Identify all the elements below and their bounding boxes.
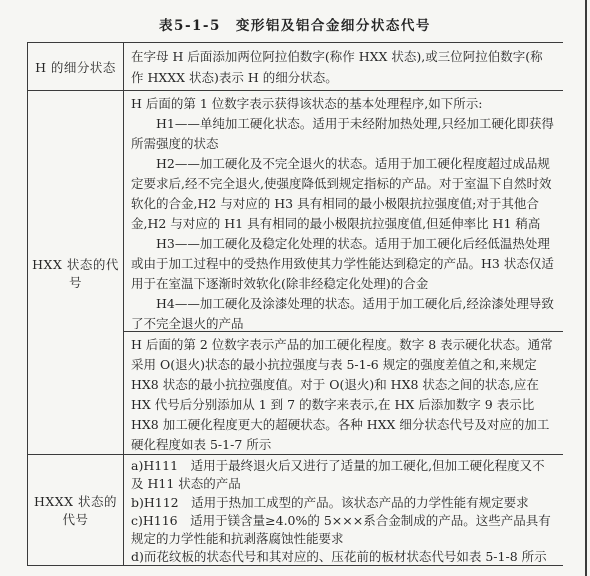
row-header-h: H 的细分状态	[28, 43, 124, 90]
paragraph-item-d: d)而花纹板的状态代号和其对应的、压花前的板材状态代号如表 5-1-8 所示	[131, 548, 555, 565]
row-content-hxx: H 后面的第 1 位数字表示获得该状态的基本处理程序,如下所示: H1——单纯加…	[124, 91, 563, 454]
table-row-hxx: HXX 状态的代号 H 后面的第 1 位数字表示获得该状态的基本处理程序,如下所…	[28, 90, 563, 454]
paragraph-h4: H4——加工硬化及涂漆处理的状态。适用于加工硬化后,经涂漆处理导致了不完全退火的…	[131, 294, 555, 331]
paragraph-intro: H 后面的第 1 位数字表示获得该状态的基本处理程序,如下所示:	[131, 94, 555, 114]
page-edge-rule	[585, 0, 587, 576]
row-content-hxxx: a)H111 适用于最终退火后又进行了适量的加工硬化,但加工硬化程度又不及 H1…	[124, 455, 563, 565]
paragraph-second-digit: H 后面的第 2 位数字表示产品的加工硬化程度。数字 8 表示硬化状态。通常采用…	[131, 335, 555, 454]
document-page: 表5-1-5 变形铝及铝合金细分状态代号 H 的细分状态 在字母 H 后面添加两…	[0, 0, 590, 576]
table-row-hxxx: HXXX 状态的代号 a)H111 适用于最终退火后又进行了适量的加工硬化,但加…	[28, 454, 563, 565]
row-content-h: 在字母 H 后面添加两位阿拉伯数字(称作 HXX 状态),或三位阿拉伯数字(称作…	[124, 43, 563, 90]
hxx-first-digit-cell: H 后面的第 1 位数字表示获得该状态的基本处理程序,如下所示: H1——单纯加…	[124, 91, 563, 331]
paragraph-item-b: b)H112 适用于热加工成型的产品。该状态产品的力学性能有规定要求	[131, 494, 555, 512]
table-row-h: H 的细分状态 在字母 H 后面添加两位阿拉伯数字(称作 HXX 状态),或三位…	[28, 43, 563, 90]
hxx-second-digit-cell: H 后面的第 2 位数字表示产品的加工硬化程度。数字 8 表示硬化状态。通常采用…	[124, 331, 563, 454]
table-caption: 表5-1-5 变形铝及铝合金细分状态代号	[27, 14, 563, 34]
state-code-table: H 的细分状态 在字母 H 后面添加两位阿拉伯数字(称作 HXX 状态),或三位…	[27, 42, 563, 566]
paragraph-item-c: c)H116 适用于镁含量≥4.0%的 5×××系合金制成的产品。这些产品具有规…	[131, 512, 555, 549]
paragraph-h1: H1——单纯加工硬化状态。适用于未经附加热处理,只经加工硬化即获得所需强度的状态	[131, 114, 555, 154]
row-header-hxx: HXX 状态的代号	[28, 91, 124, 454]
row-header-hxxx: HXXX 状态的代号	[28, 455, 124, 565]
paragraph-h2: H2——加工硬化及不完全退火的状态。适用于加工硬化程度超过成品规定要求后,经不完…	[131, 154, 555, 234]
paragraph: 在字母 H 后面添加两位阿拉伯数字(称作 HXX 状态),或三位阿拉伯数字(称作…	[131, 46, 555, 88]
paragraph-h3: H3——加工硬化及稳定化处理的状态。适用于加工硬化后经低温热处理或由于加工过程中…	[131, 234, 555, 294]
paragraph-item-a: a)H111 适用于最终退火后又进行了适量的加工硬化,但加工硬化程度又不及 H1…	[131, 457, 555, 494]
